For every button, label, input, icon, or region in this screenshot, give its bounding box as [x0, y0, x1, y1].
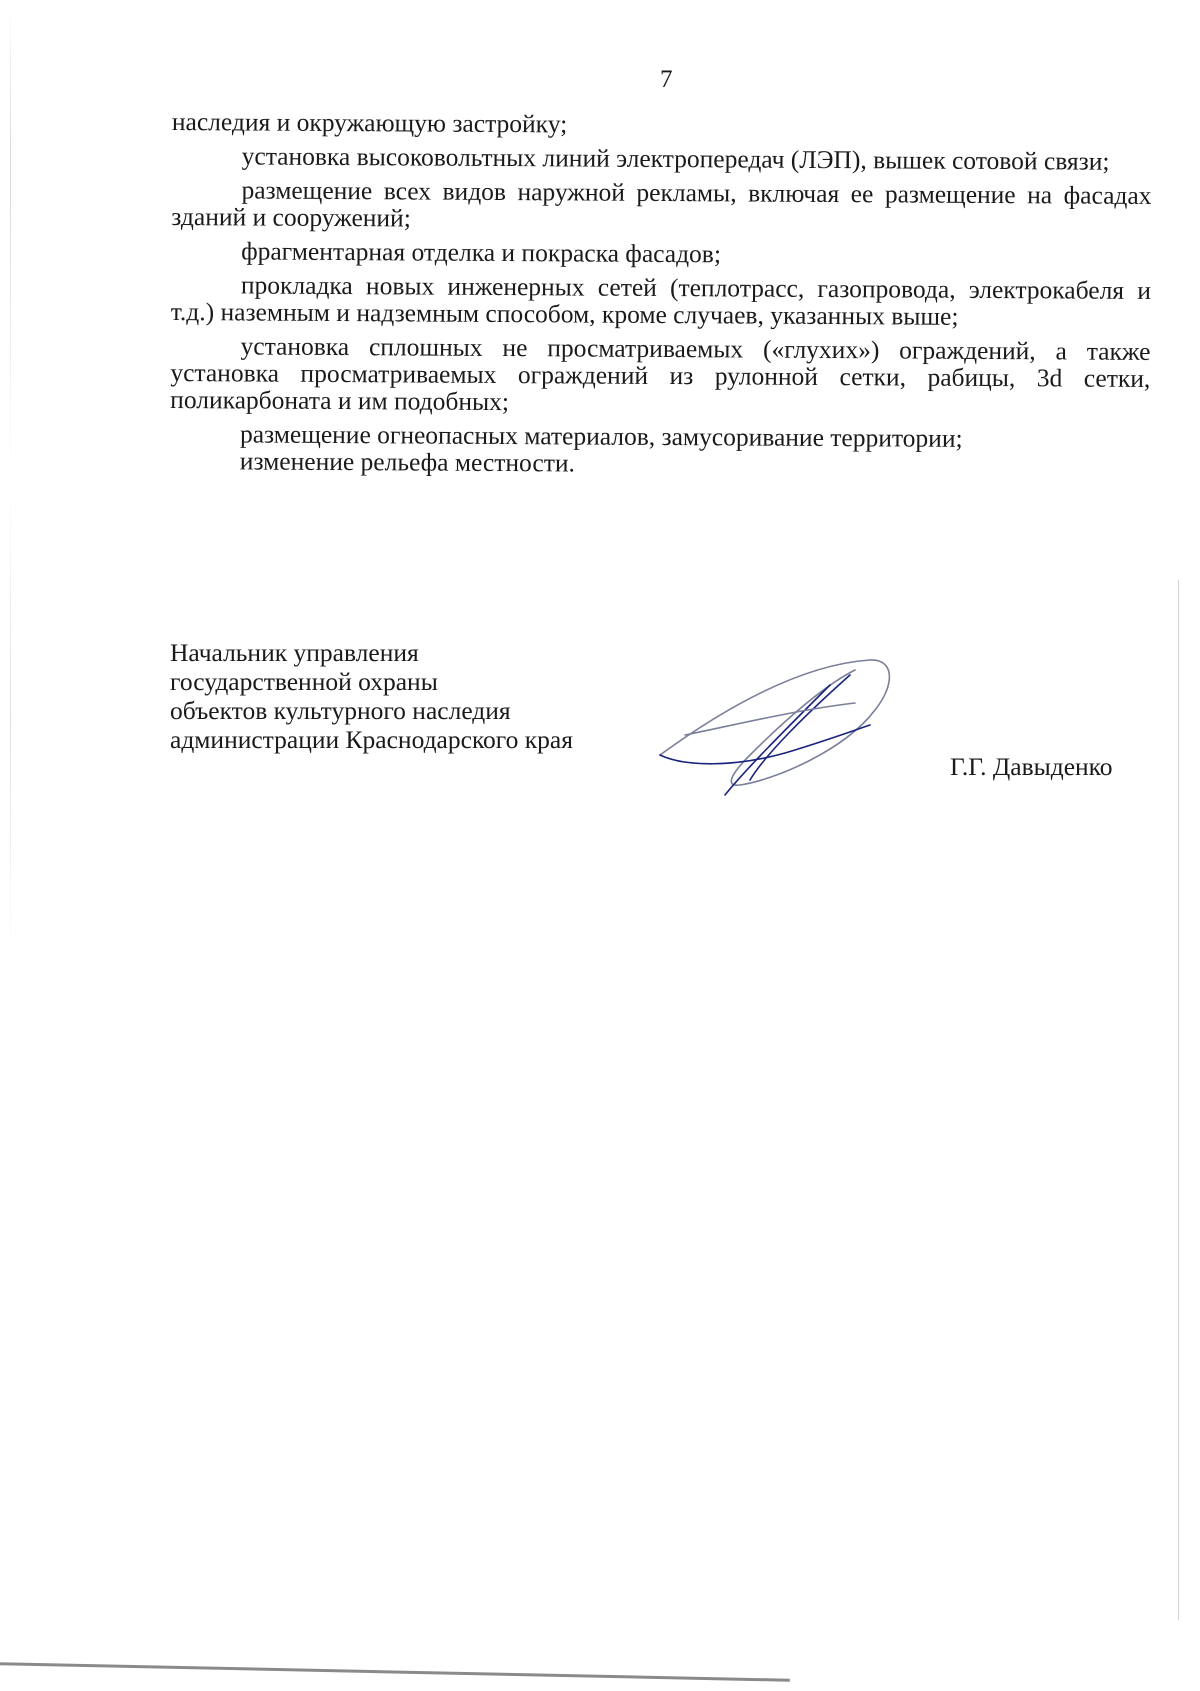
- document-body: наследия и окружающую застройку; установ…: [170, 108, 1152, 487]
- scan-artifact-line: [0, 1662, 790, 1682]
- signatory-title-line: Начальник управления: [170, 638, 573, 667]
- signatory-title-line: государственной охраны: [170, 667, 573, 696]
- paragraph-power-lines: установка высоковольтных линий электропе…: [172, 142, 1152, 175]
- paragraph-continuation: наследия и окружающую застройку;: [172, 108, 1152, 141]
- paragraph-advertising: размещение всех видов наружной рекламы, …: [171, 176, 1151, 236]
- signatory-title-line: объектов культурного наследия: [170, 696, 573, 725]
- scan-edge-right: [1178, 580, 1179, 1620]
- signatory-title: Начальник управления государственной охр…: [170, 638, 573, 754]
- paragraph-terrain: изменение рельефа местности.: [170, 447, 1150, 480]
- page-number: 7: [660, 66, 673, 94]
- signatory-name: Г.Г. Давыденко: [950, 752, 1113, 782]
- paragraph-fences: установка сплошных не просматриваемых («…: [170, 332, 1150, 419]
- handwritten-signature-icon: [655, 655, 915, 800]
- scan-edge-left: [10, 0, 11, 1600]
- signatory-title-line: администрации Краснодарского края: [170, 725, 573, 754]
- paragraph-engineering-networks: прокладка новых инженерных сетей (теплот…: [171, 271, 1151, 331]
- paragraph-facade-finishing: фрагментарная отделка и покраска фасадов…: [171, 237, 1151, 270]
